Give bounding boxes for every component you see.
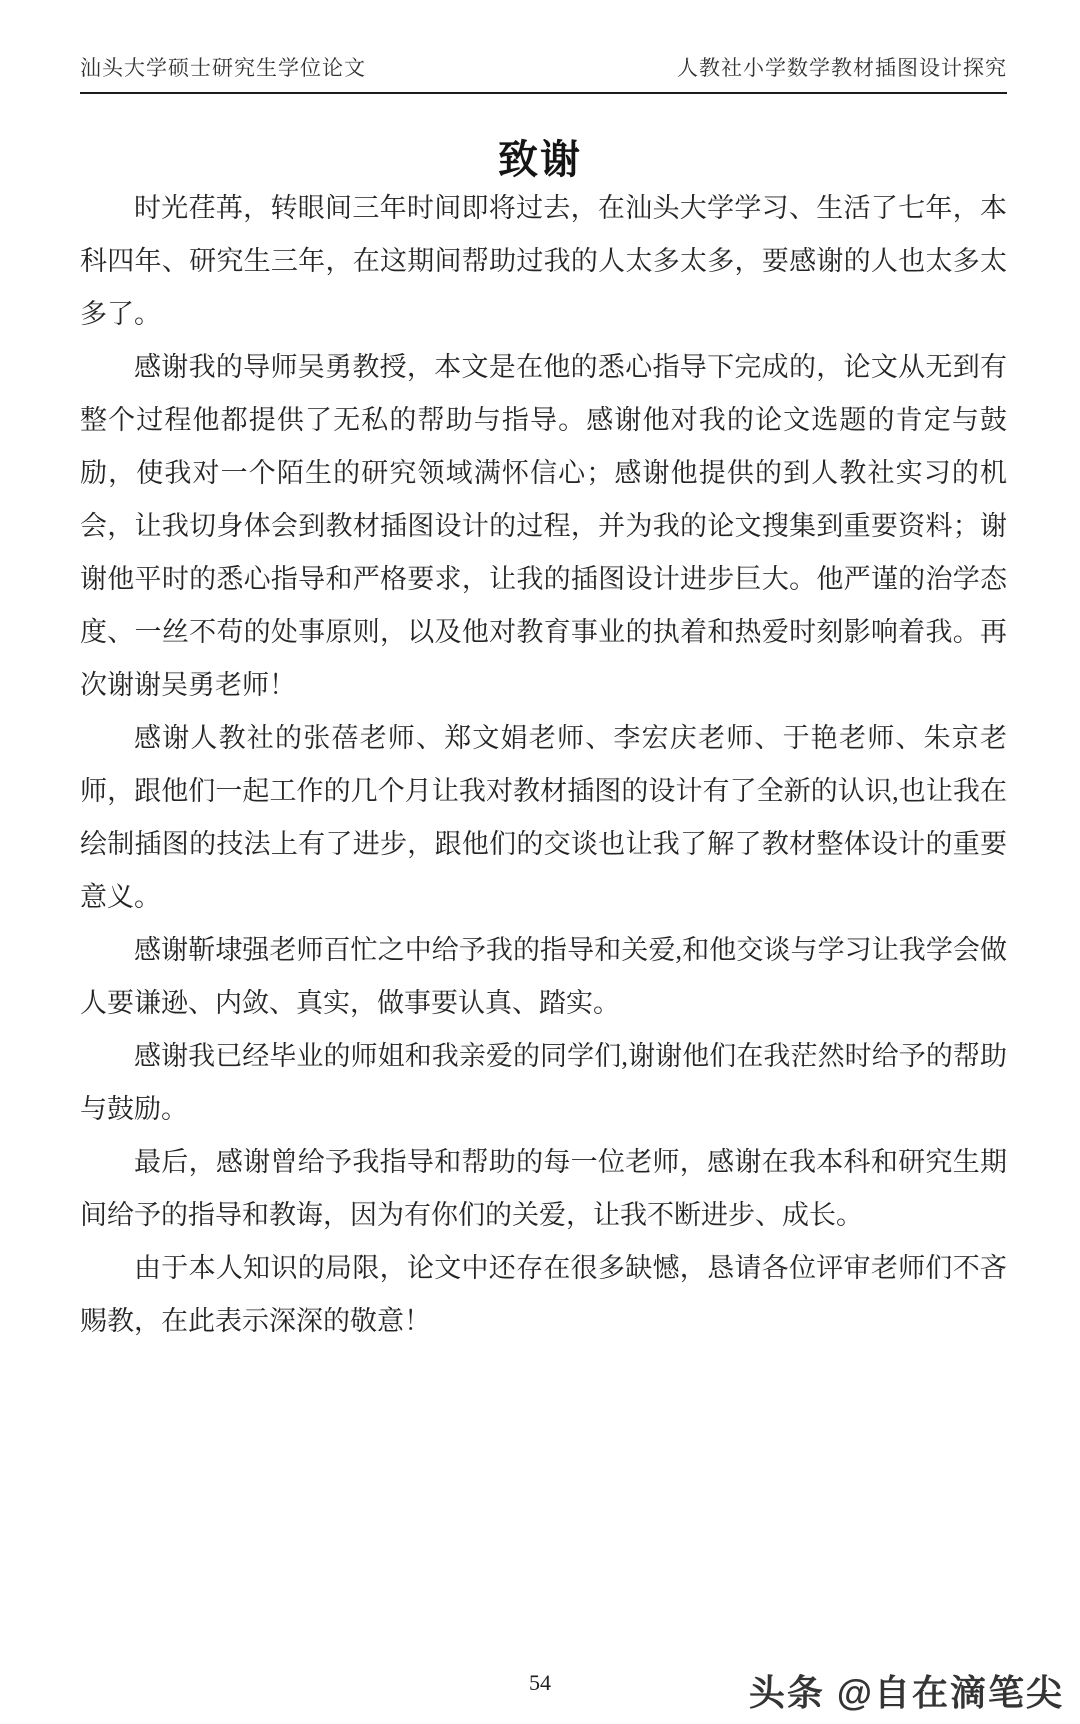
body-paragraphs: 时光荏苒，转眼间三年时间即将过去，在汕头大学学习、生活了七年，本科四年、研究生三…	[80, 182, 1007, 1348]
paragraph: 感谢靳埭强老师百忙之中给予我的指导和关爱,和他交谈与学习让我学会做人要谦逊、内敛…	[80, 924, 1007, 1030]
paragraph: 时光荏苒，转眼间三年时间即将过去，在汕头大学学习、生活了七年，本科四年、研究生三…	[80, 182, 1007, 341]
paragraph: 由于本人知识的局限，论文中还存在很多缺憾，恳请各位评审老师们不吝赐教，在此表示深…	[80, 1242, 1007, 1348]
header-right-text: 人教社小学数学教材插图设计探究	[677, 52, 1007, 82]
page-title: 致谢	[0, 128, 1080, 185]
watermark-text: 头条 @自在滴笔尖	[749, 1665, 1064, 1716]
paragraph: 最后，感谢曾给予我指导和帮助的每一位老师，感谢在我本科和研究生期间给予的指导和教…	[80, 1136, 1007, 1242]
page-header: 汕头大学硕士研究生学位论文 人教社小学数学教材插图设计探究	[80, 52, 1007, 82]
header-divider	[80, 92, 1007, 94]
paragraph: 感谢人教社的张蓓老师、郑文娟老师、李宏庆老师、于艳老师、朱京老师，跟他们一起工作…	[80, 712, 1007, 924]
paragraph: 感谢我已经毕业的师姐和我亲爱的同学们,谢谢他们在我茫然时给予的帮助与鼓励。	[80, 1030, 1007, 1136]
thesis-page: 汕头大学硕士研究生学位论文 人教社小学数学教材插图设计探究 致谢 时光荏苒，转眼…	[0, 0, 1080, 1724]
header-left-text: 汕头大学硕士研究生学位论文	[80, 52, 366, 82]
paragraph: 感谢我的导师吴勇教授，本文是在他的悉心指导下完成的，论文从无到有整个过程他都提供…	[80, 341, 1007, 712]
